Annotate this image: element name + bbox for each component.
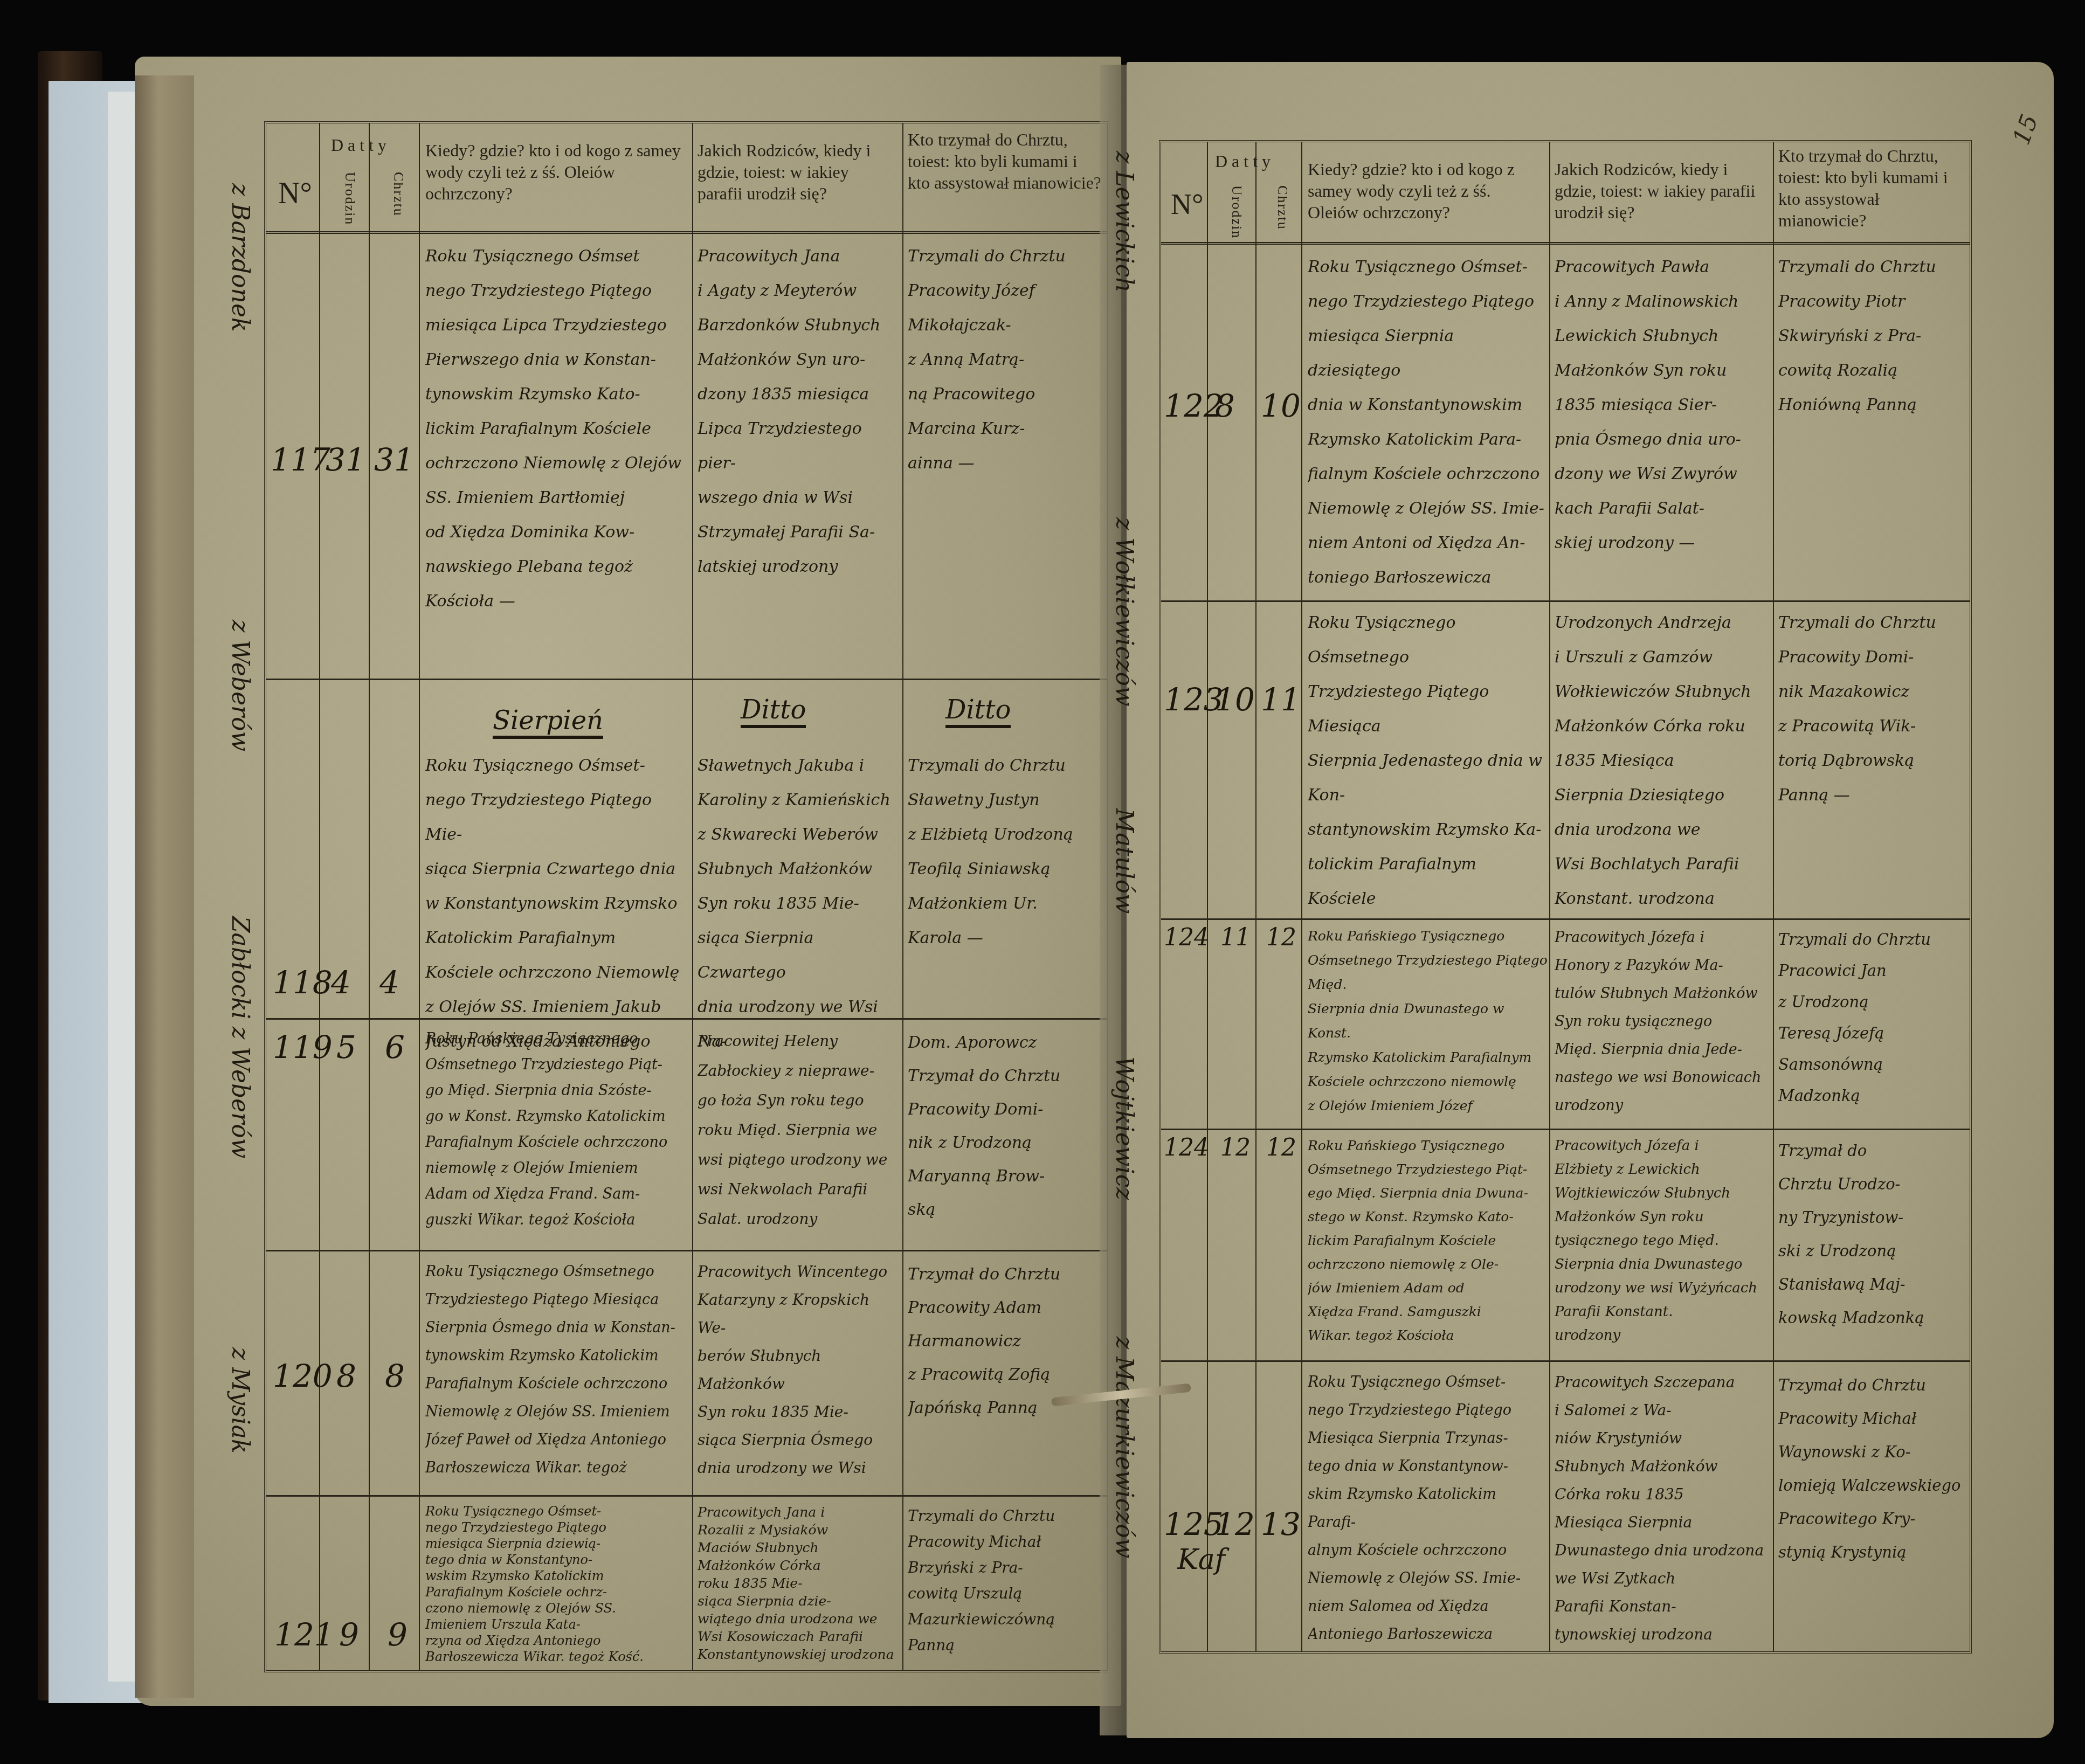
col-divider (1255, 142, 1256, 1651)
entry-godparents: Trzymał do Chrztu Pracowity Michał Wayno… (1778, 1368, 1967, 1649)
ditto-heading: Ditto (741, 695, 806, 728)
header-dates: Datty (331, 134, 391, 156)
col-divider (419, 123, 420, 1670)
header-baptism: Chrztu (1272, 185, 1293, 230)
birth-date: 8 (336, 1358, 356, 1394)
margin-note-125: z Mazurkiewiczów (1110, 1337, 1138, 1633)
entry-when-where: Roku Tysiącznego Ośmset- nego Trzydziest… (425, 1503, 689, 1665)
header-godparents: Kto trzymał do Chrztu, toiest: kto byli … (908, 129, 1102, 193)
baptism-date: 6 (385, 1029, 405, 1066)
baptism-date: 12 (1266, 924, 1296, 951)
entry-godparents: Trzymali do Chrztu Pracowity Józef Mikoł… (908, 239, 1104, 670)
entry-godparents: Trzymał do Chrztu Pracowity Adam Harmano… (908, 1258, 1104, 1484)
header-rule (1161, 242, 1970, 245)
col-divider (319, 123, 320, 1670)
left-register-table: N° Datty Urodzin Chrztu Kiedy? gdzie? kt… (264, 121, 1109, 1672)
margin-note-123: z Wołkiewiczów (1110, 517, 1138, 787)
entry-parents: Pracowitych Jana i Rozalii z Mysiaków Ma… (698, 1503, 900, 1665)
entry-no: 117 (271, 441, 330, 478)
entry-no: 120 (273, 1358, 333, 1394)
entry-when-where: Roku Pańskiego Tysiącznego Ośmsetnego Tr… (1308, 924, 1548, 1123)
row-divider (1161, 1360, 1970, 1362)
birth-date: 5 (336, 1029, 356, 1066)
row-divider (266, 1495, 1107, 1497)
col-divider (902, 123, 903, 1670)
baptism-date: 13 (1261, 1506, 1301, 1542)
entry-parents: Pracowitych Pawła i Anny z Malinowskich … (1555, 250, 1770, 595)
birth-date: 8 (1215, 388, 1235, 424)
header-parents: Jakich Rodziców, kiedy i gdzie, toiest: … (1555, 158, 1768, 223)
entry-when-where: Roku Pańskiego Tysiącznego Ośmsetnego Tr… (1308, 1134, 1548, 1350)
entry-no: 121 (274, 1616, 334, 1653)
birth-date: 12 (1215, 1506, 1255, 1542)
row-divider (1161, 600, 1970, 602)
header-birth: Urodzin (1226, 185, 1247, 239)
baptism-date: 9 (388, 1616, 408, 1653)
baptism-date: 4 (379, 964, 399, 1001)
header-rule (266, 231, 1107, 234)
col-divider (369, 123, 370, 1670)
margin-note-122: z Lewickich (1110, 151, 1138, 377)
birth-date: 10 (1215, 681, 1255, 718)
entry-godparents: Trzymał do Chrztu Urodzo- ny Tryzynistow… (1778, 1134, 1967, 1350)
page-deckle-edge (135, 75, 194, 1698)
row-divider (266, 1018, 1107, 1020)
entry-when-where: Roku Tysiącznego Ośmset- nego Trzydziest… (1308, 250, 1548, 595)
entry-godparents: Dom. Aporowcz Trzymał do Chrztu Pracowit… (908, 1026, 1104, 1242)
entry-parents: Pracowitych Jana i Agaty z Meyterów Barz… (698, 239, 900, 670)
birth-date: 31 (326, 441, 365, 478)
entry-no: 124 (1164, 924, 1209, 951)
margin-note-118: z Weberów (226, 620, 254, 862)
margin-note-124a: Matulów (1110, 808, 1138, 970)
baptism-date: 8 (385, 1358, 405, 1394)
entry-godparents: Trzymali do Chrztu Pracowity Domi- nik M… (1778, 606, 1967, 913)
header-dates: Datty (1215, 150, 1275, 172)
entry-parents: Pracowitych Wincentego Katarzyny z Krops… (698, 1258, 900, 1484)
birth-date: 4 (331, 964, 351, 1001)
entry-parents: Urodzonych Andrzeja i Urszuli z Gamzów W… (1555, 606, 1770, 913)
margin-note-119: Zabłocki z Weberów (226, 916, 254, 1401)
row-divider (1161, 1129, 1970, 1130)
entry-parents: Pracowitej Heleny Zabłockiey z nieprawe-… (698, 1026, 900, 1242)
margin-note-117: z Barzdonek (226, 183, 254, 507)
baptism-date: 31 (374, 441, 414, 478)
col-divider (1301, 142, 1302, 1651)
header-godparents: Kto trzymał do Chrztu, toiest: kto byli … (1778, 145, 1967, 231)
header-parents: Jakich Rodziców, kiedy i gdzie, toiest: … (698, 140, 897, 204)
col-divider (692, 123, 693, 1670)
entry-parents: Pracowitych Józefa i Elżbiety z Lewickic… (1555, 1134, 1770, 1350)
margin-note-121: z Mysiak (226, 1347, 254, 1590)
entry-parents: Pracowitych Szczepana i Salomei z Wa- ni… (1555, 1368, 1770, 1649)
header-when-where: Kiedy? gdzie? kto i od kogo z samey wody… (425, 140, 684, 204)
row-divider (266, 679, 1107, 680)
header-no: N° (278, 183, 312, 204)
entry-when-where: Roku Tysiącznego Ośmsetnego Trzydziesteg… (425, 1258, 689, 1484)
baptism-date: 12 (1266, 1134, 1296, 1161)
header-birth: Urodzin (339, 172, 361, 225)
birth-date: 11 (1220, 924, 1251, 951)
entry-godparents: Trzymali do Chrztu Pracowity Piotr Skwir… (1778, 250, 1967, 595)
row-divider (266, 1250, 1107, 1251)
entry-when-where: Roku Tysiącznego Ośmset nego Trzydzieste… (425, 239, 689, 670)
birth-date: 12 (1220, 1134, 1251, 1161)
entry-no: 119 (273, 1029, 333, 1066)
entry-no: 124 (1164, 1134, 1209, 1161)
birth-date: 9 (339, 1616, 359, 1653)
baptism-date: 10 (1261, 388, 1301, 424)
header-when-where: Kiedy? gdzie? kto i od kogo z samey wody… (1308, 158, 1545, 223)
right-register-table: N° Datty Urodzin Chrztu Kiedy? gdzie? kt… (1159, 140, 1972, 1654)
month-heading: Sierpień (493, 705, 603, 739)
entry-when-where: Roku Tysiącznego Ośmsetnego Trzydziesteg… (1308, 606, 1548, 913)
row-divider (1161, 918, 1970, 920)
col-divider (1773, 142, 1774, 1651)
entry-no: 118 (273, 964, 333, 1001)
entry-when-where: Roku Pańskiego Tysiącznego Ośmsetnego Tr… (425, 1026, 689, 1242)
margin-note-124b: Wojtkiewicz (1110, 1056, 1138, 1272)
baptism-date: 11 (1261, 681, 1301, 718)
col-divider (1207, 142, 1208, 1651)
entry-annotation: Kaf (1177, 1544, 1225, 1576)
ditto-heading: Ditto (945, 695, 1011, 728)
entry-godparents: Trzymali do Chrztu Pracowici Jan z Urodz… (1778, 924, 1967, 1123)
header-baptism: Chrztu (388, 172, 409, 217)
entry-godparents: Trzymali do Chrztu Pracowity Michał Brzy… (908, 1503, 1104, 1665)
entry-parents: Pracowitych Józefa i Honory z Pazyków Ma… (1555, 924, 1770, 1123)
entry-when-where: Roku Tysiącznego Ośmset- nego Trzydziest… (1308, 1368, 1548, 1649)
header-no: N° (1171, 193, 1204, 215)
col-divider (1549, 142, 1550, 1651)
